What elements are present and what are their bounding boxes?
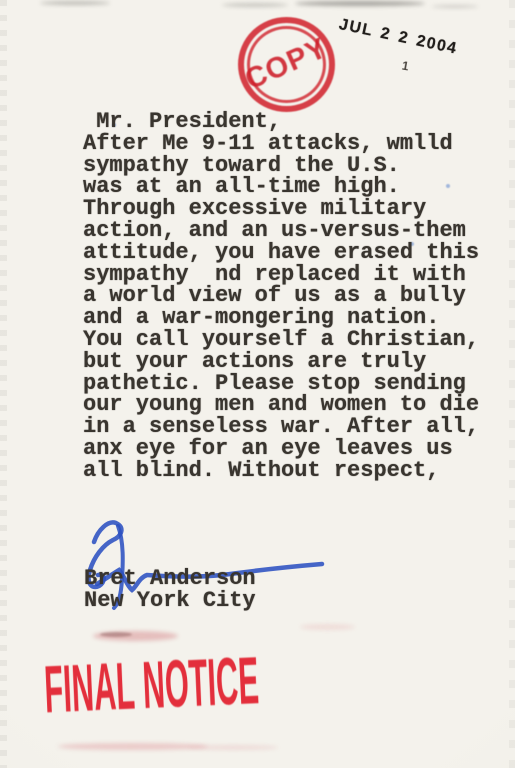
stamp-smudge: [58, 743, 208, 750]
scan-smudge: [432, 5, 478, 8]
letter-line: sympathy toward the U.S.: [83, 155, 479, 177]
final-notice-stamp: FINAL NOTICE: [43, 649, 260, 725]
scanned-letter-page: COPY JUL 2 2 2004 1 Mr. President,After …: [0, 0, 515, 768]
stamp-smudge: [188, 745, 278, 750]
letter-line: in a senseless war. After all,: [83, 416, 479, 438]
letter-line: attitude, you have erased this: [83, 242, 479, 264]
letter-line: anx eye for an eye leaves us: [83, 438, 479, 460]
letter-signoff: Bret AndersonNew York City: [84, 568, 256, 612]
scan-edge-artifact-right: [509, 0, 515, 768]
stamp-smudge: [100, 632, 132, 637]
letter-line: and a war-mongering nation.: [83, 307, 479, 329]
scan-edge-artifact-left: [0, 0, 7, 768]
letter-line: our young men and women to die: [83, 394, 479, 416]
letter-line: Mr. President,: [83, 111, 479, 133]
letter-line: After Me 9-11 attacks, wmlld: [83, 133, 479, 155]
letter-body: Mr. President,After Me 9-11 attacks, wml…: [83, 111, 479, 482]
scan-smudge: [295, 1, 425, 6]
copy-stamp: COPY: [238, 17, 335, 112]
letter-line: but your actions are truly: [83, 351, 479, 373]
letter-line: was at an all-time high.: [83, 176, 479, 198]
scan-smudge: [222, 3, 288, 7]
date-stamp-artifact: 1: [401, 59, 410, 74]
signoff-line: Bret Anderson: [84, 568, 256, 590]
date-stamp: JUL 2 2 2004: [337, 16, 459, 59]
letter-line: Through excessive military: [83, 198, 479, 220]
scan-smudge: [40, 1, 110, 5]
signoff-line: New York City: [84, 590, 256, 612]
letter-line: sympathy nd replaced it with: [83, 264, 479, 286]
letter-line: a world view of us as a bully: [83, 285, 479, 307]
letter-line: all blind. Without respect,: [83, 460, 479, 482]
letter-line: pathetic. Please stop sending: [83, 373, 479, 395]
letter-line: You call yourself a Christian,: [83, 329, 479, 351]
stamp-smudge: [300, 624, 355, 630]
copy-stamp-label: COPY: [231, 9, 342, 119]
letter-line: action, and an us-versus-them: [83, 220, 479, 242]
